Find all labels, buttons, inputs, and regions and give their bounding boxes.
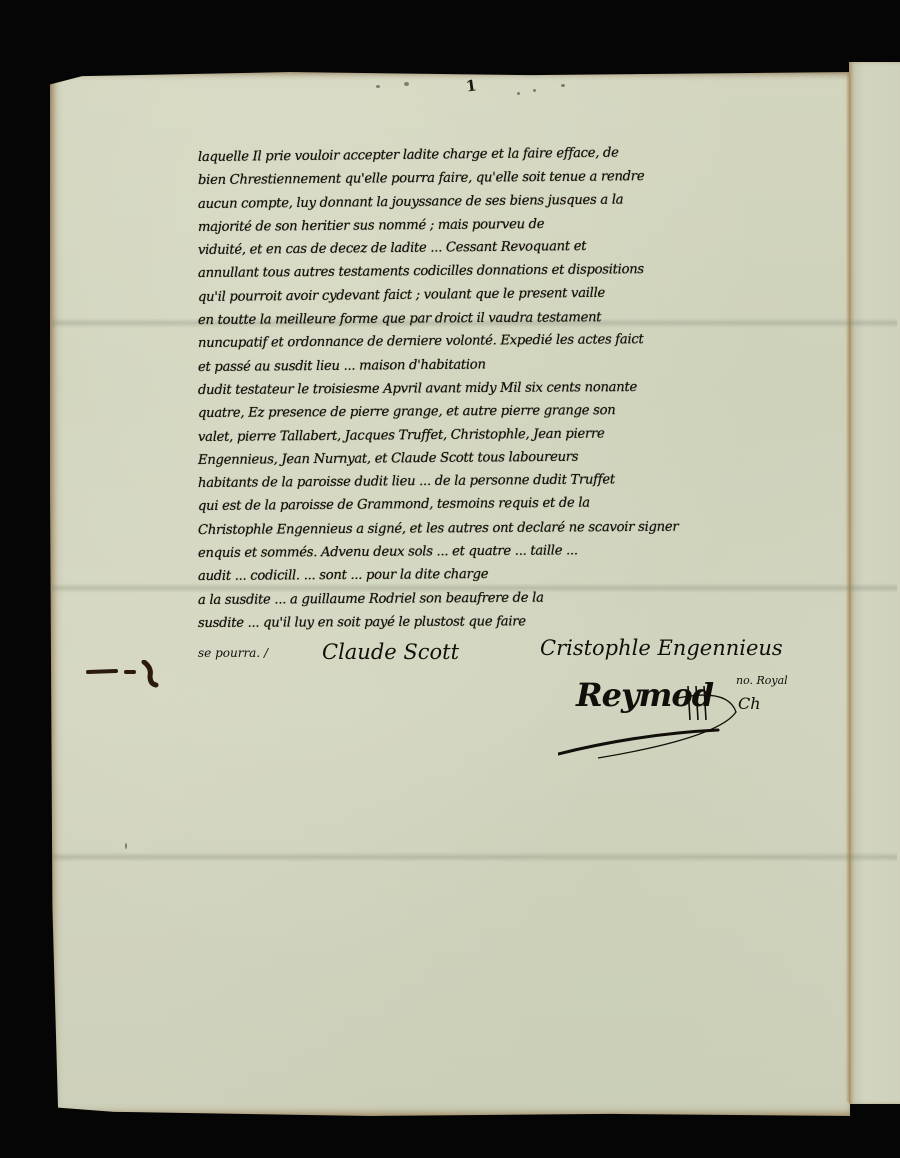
notary-signature-block: Reymod no. Royal Ch: [558, 668, 818, 768]
signature-cristophle-engennieus: Cristophle Engennieus: [540, 636, 783, 660]
ink-speck: [125, 843, 127, 849]
ink-speck: [376, 85, 380, 88]
ink-speck: [404, 82, 409, 86]
scanned-manuscript-page: 1 laquelle Il prie vouloir accepter ladi…: [0, 0, 900, 1158]
notary-paraph-flourish: [558, 668, 818, 768]
manuscript-line: a la susdite ... a guillaume Rodriel son…: [198, 584, 838, 612]
horizontal-fold-line: [52, 852, 897, 862]
manuscript-body: laquelle Il prie vouloir accepter ladite…: [198, 146, 838, 635]
manuscript-line: susdite ... qu'il luy en soit payé le pl…: [198, 609, 838, 636]
signature-claude-scott: Claude Scott: [322, 640, 459, 664]
margin-dash-mark: [86, 660, 166, 690]
closing-phrase: se pourra. /: [198, 646, 268, 660]
ink-speck: [533, 89, 536, 92]
ink-speck: [561, 84, 565, 87]
ink-speck: [517, 92, 520, 95]
